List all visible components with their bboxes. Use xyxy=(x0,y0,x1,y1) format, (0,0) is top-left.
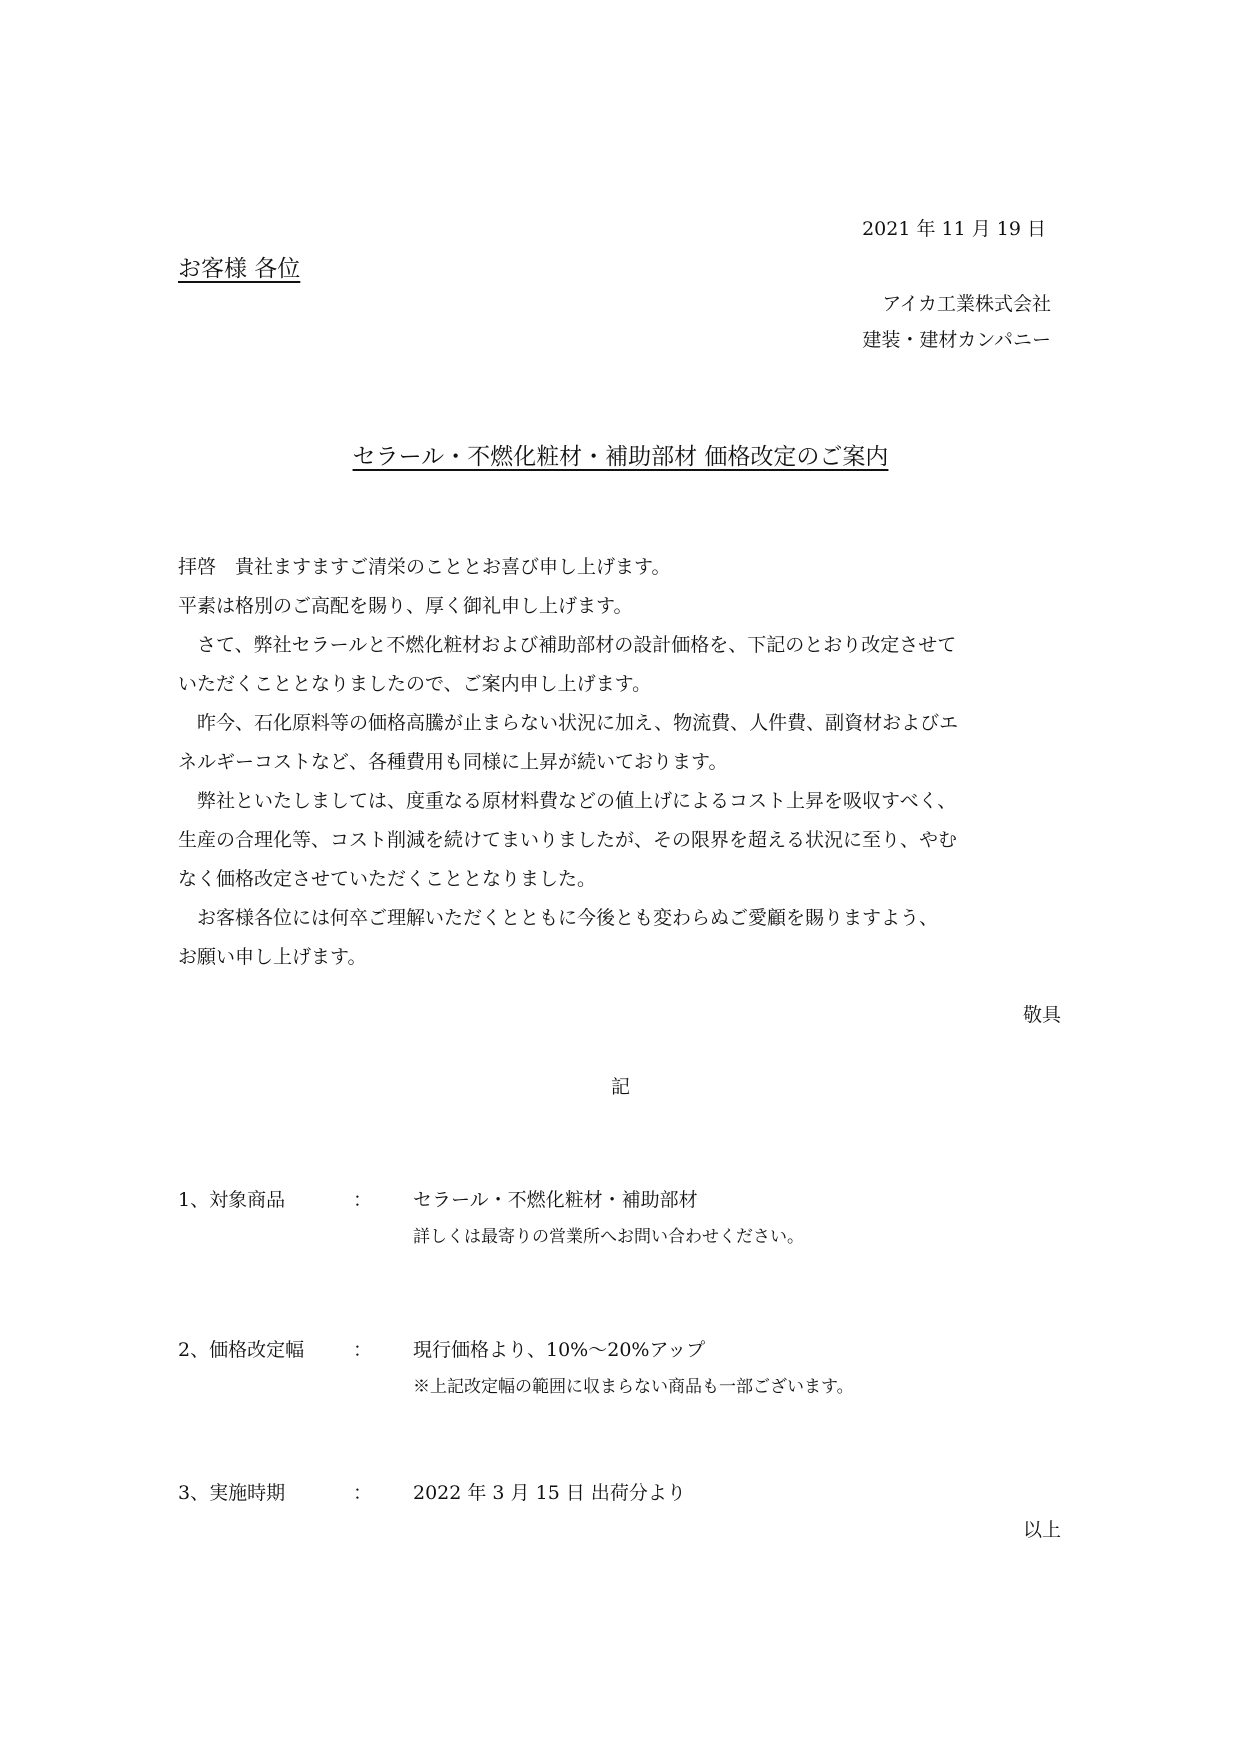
document-title-text: セラール・不燃化粧材・補助部材 価格改定のご案内 xyxy=(353,444,889,470)
sender-company: アイカ工業株式会社 xyxy=(882,289,1051,316)
item-target-products: 1、対象商品：セラール・不燃化粧材・補助部材 xyxy=(178,1185,698,1212)
body-line: さて、弊社セラールと不燃化粧材および補助部材の設計価格を、下記のとおり改定させて xyxy=(178,626,1078,665)
body-line: 拝啓 貴社ますますご清栄のこととお喜び申し上げます。 xyxy=(178,548,1078,587)
item-note: ※上記改定幅の範囲に収まらない商品も一部ございます。 xyxy=(413,1372,854,1397)
item-colon: ： xyxy=(353,1335,413,1362)
item-label: 2、価格改定幅 xyxy=(178,1335,353,1362)
item-label: 1、対象商品 xyxy=(178,1185,353,1212)
item-value: 現行価格より、10%～20%アップ xyxy=(413,1339,705,1361)
body-line: お客様各位には何卒ご理解いただくとともに今後とも変わらぬご愛顧を賜りますよう、 xyxy=(178,899,1078,938)
body-line: 昨今、石化原料等の価格高騰が止まらない状況に加え、物流費、人件費、副資材およびエ xyxy=(178,704,1078,743)
closing-keigu: 敬具 xyxy=(1023,1000,1061,1027)
item-price-change: 2、価格改定幅：現行価格より、10%～20%アップ xyxy=(178,1335,705,1362)
body-line: 平素は格別のご高配を賜り、厚く御礼申し上げます。 xyxy=(178,587,1078,626)
item-value: セラール・不燃化粧材・補助部材 xyxy=(413,1189,698,1211)
item-colon: ： xyxy=(353,1478,413,1505)
document-title: セラール・不燃化粧材・補助部材 価格改定のご案内 xyxy=(0,438,1241,471)
item-value: 2022 年 3 月 15 日 出荷分より xyxy=(413,1482,686,1504)
document-date: 2021 年 11 月 19 日 xyxy=(862,214,1046,241)
addressee: お客様 各位 xyxy=(178,250,300,283)
letter-body: 拝啓 貴社ますますご清栄のこととお喜び申し上げます。 平素は格別のご高配を賜り、… xyxy=(178,548,1078,977)
body-line: 生産の合理化等、コスト削減を続けてまいりましたが、その限界を超える状況に至り、や… xyxy=(178,821,1078,860)
item-effective-date: 3、実施時期：2022 年 3 月 15 日 出荷分より xyxy=(178,1478,686,1505)
sender-department: 建装・建材カンパニー xyxy=(862,325,1051,352)
body-line: ネルギーコストなど、各種費用も同様に上昇が続いております。 xyxy=(178,743,1078,782)
body-line: お願い申し上げます。 xyxy=(178,938,1078,977)
item-colon: ： xyxy=(353,1185,413,1212)
item-label: 3、実施時期 xyxy=(178,1478,353,1505)
notes-heading: 記 xyxy=(0,1072,1241,1099)
item-note: 詳しくは最寄りの営業所へお問い合わせください。 xyxy=(413,1222,804,1247)
body-line: 弊社といたしましては、度重なる原材料費などの値上げによるコスト上昇を吸収すべく、 xyxy=(178,782,1078,821)
body-line: なく価格改定させていただくこととなりました。 xyxy=(178,860,1078,899)
body-line: いただくこととなりましたので、ご案内申し上げます。 xyxy=(178,665,1078,704)
end-mark: 以上 xyxy=(1023,1515,1061,1542)
